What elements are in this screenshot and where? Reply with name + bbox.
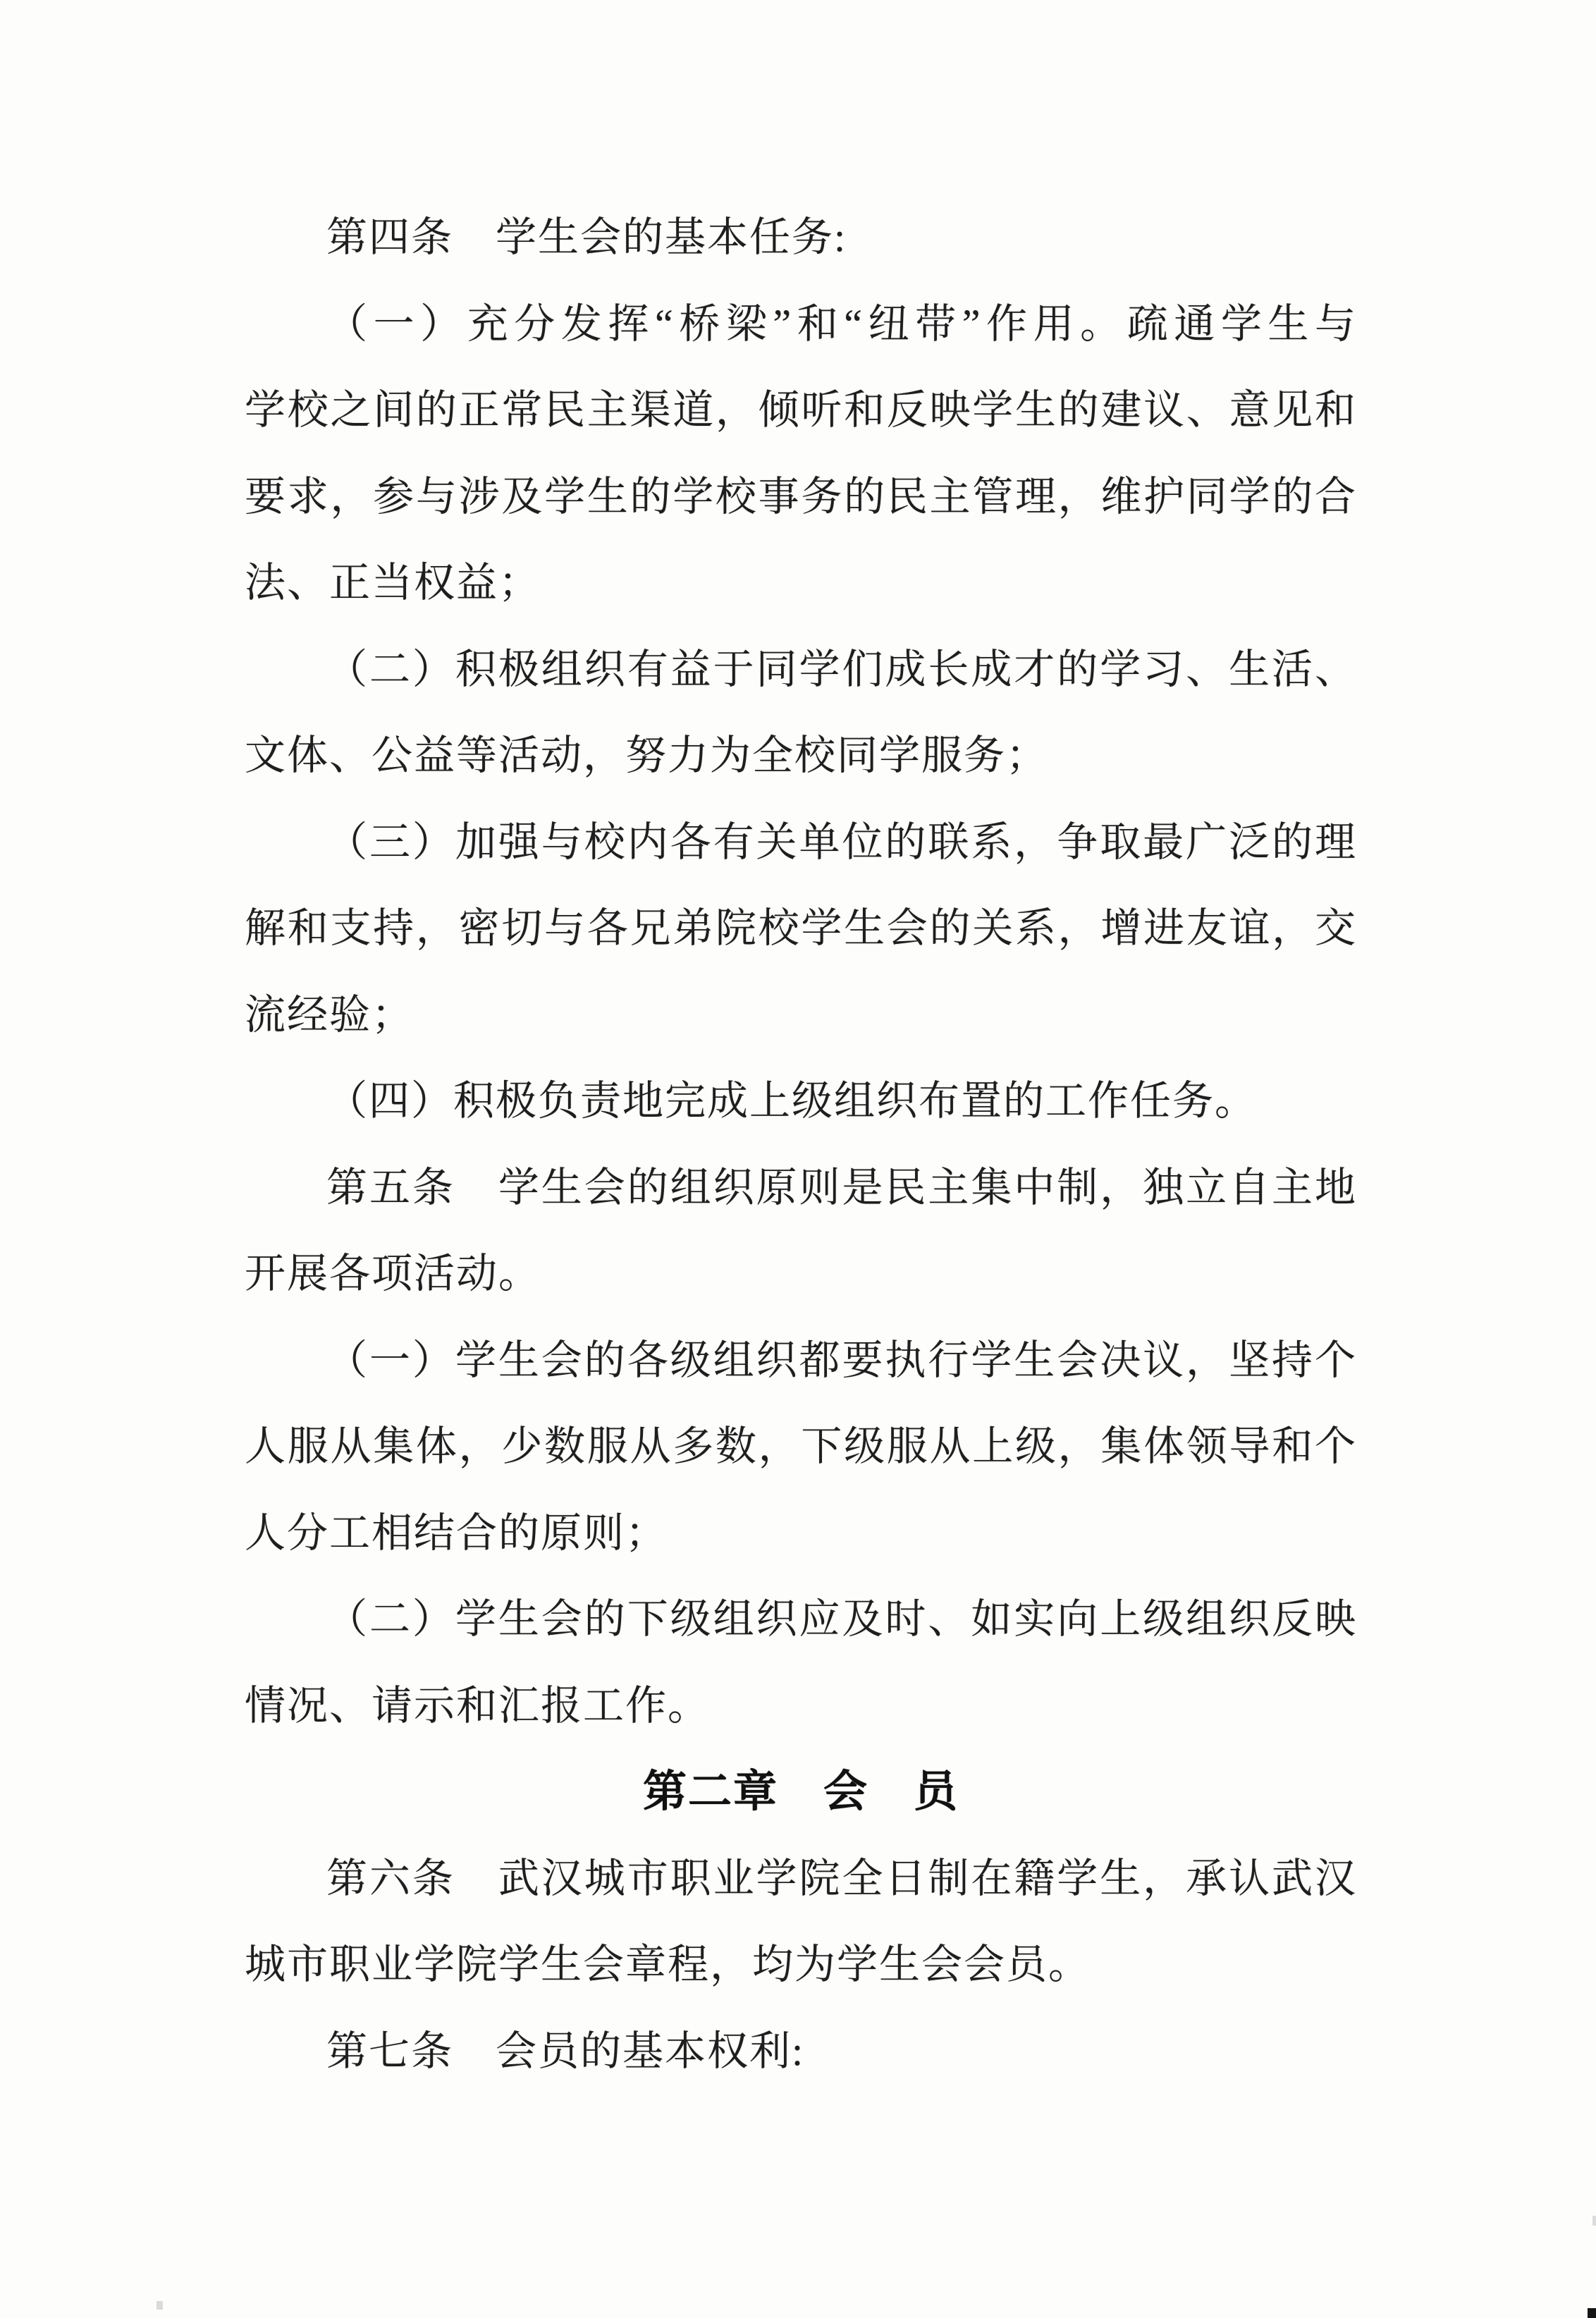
text-line: （三）加强与校内各有关单位的联系，争取最广泛的理 (245, 799, 1357, 886)
text-line-article-4: 第四条 学生会的基本任务: (245, 195, 1357, 281)
text-line: （二）积极组织有益于同学们成长成才的学习、生活、 (245, 627, 1357, 713)
text-line: 流经验； (245, 972, 1357, 1059)
text-line: 学校之间的正常民主渠道，倾听和反映学生的建议、意见和 (245, 367, 1357, 454)
scanned-document-page: 第四条 学生会的基本任务: （一）充分发挥“桥梁”和“纽带”作用。疏通学生与 学… (0, 0, 1596, 2318)
text-line-article-6: 第六条 武汉城市职业学院全日制在籍学生，承认武汉 (245, 1836, 1357, 1923)
text-line: 开展各项活动。 (245, 1231, 1357, 1318)
text-line: （一）学生会的各级组织都要执行学生会决议，坚持个 (245, 1318, 1357, 1404)
text-line-article-7: 第七条 会员的基本权利: (245, 2009, 1357, 2095)
text-line: （二）学生会的下级组织应及时、如实向上级组织反映 (245, 1576, 1357, 1663)
text-line: 人分工相结合的原则； (245, 1490, 1357, 1577)
text-line: 人服从集体，少数服从多数，下级服从上级，集体领导和个 (245, 1404, 1357, 1490)
text-line: 文体、公益等活动，努力为全校同学服务； (245, 713, 1357, 799)
chapter-heading: 第二章 会 员 (245, 1749, 1357, 1836)
scan-artifact-corner-mark (1588, 2308, 1596, 2318)
text-line: 要求，参与涉及学生的学校事务的民主管理，维护同学的合 (245, 454, 1357, 541)
text-line: （四）积极负责地完成上级组织布置的工作任务。 (245, 1058, 1357, 1145)
text-line: 法、正当权益； (245, 540, 1357, 627)
text-line-article-5: 第五条 学生会的组织原则是民主集中制，独立自主地 (245, 1145, 1357, 1232)
text-block: 第四条 学生会的基本任务: （一）充分发挥“桥梁”和“纽带”作用。疏通学生与 学… (245, 195, 1357, 2095)
text-line: （一）充分发挥“桥梁”和“纽带”作用。疏通学生与 (245, 281, 1357, 368)
scan-artifact-bottom-smudge (156, 2301, 163, 2310)
scan-artifact-edge-tick (1592, 2216, 1596, 2226)
text-line: 解和支持，密切与各兄弟院校学生会的关系，增进友谊，交 (245, 885, 1357, 972)
text-line: 城市职业学院学生会章程，均为学生会会员。 (245, 1922, 1357, 2009)
text-line: 情况、请示和汇报工作。 (245, 1663, 1357, 1750)
